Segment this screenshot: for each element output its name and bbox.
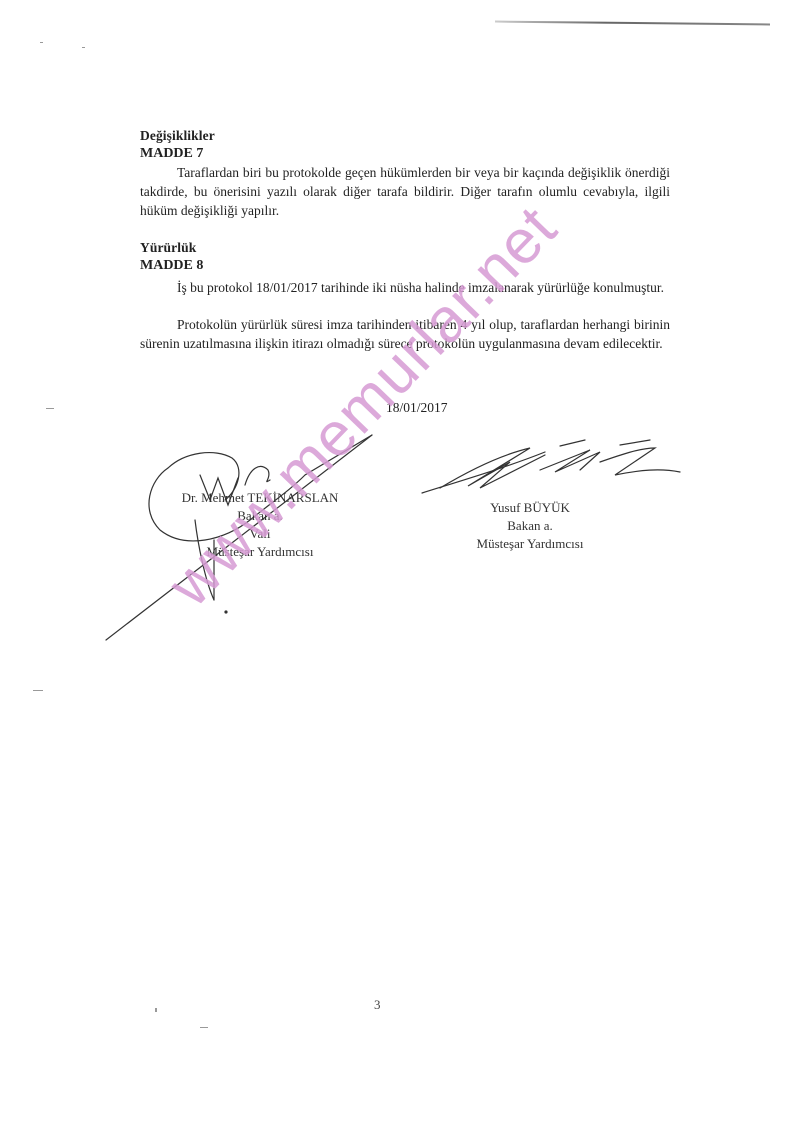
scan-speck xyxy=(46,408,54,409)
scan-speck xyxy=(200,1027,208,1028)
page-number: 3 xyxy=(374,997,381,1013)
article-7-paragraph: Taraflardan biri bu protokolde geçen hük… xyxy=(140,163,670,220)
article-7-title: MADDE 7 xyxy=(140,146,203,162)
scan-speck xyxy=(155,1008,157,1012)
signatory-right-line2: Bakan a. xyxy=(470,517,590,535)
scan-speck xyxy=(40,42,43,43)
article-8-paragraph-1: İş bu protokol 18/01/2017 tarihinde iki … xyxy=(140,278,670,297)
document-page: Değişiklikler MADDE 7 Taraflardan biri b… xyxy=(0,0,794,1123)
article-8-title: MADDE 8 xyxy=(140,258,203,274)
watermark: www.memurlar.net xyxy=(154,193,570,621)
signatory-right: Yusuf BÜYÜK Bakan a. Müsteşar Yardımcısı xyxy=(470,499,590,553)
scan-artifact-line xyxy=(495,21,770,26)
section-heading-validity: Yürürlük xyxy=(140,240,196,256)
scan-speck xyxy=(82,47,85,48)
signatory-right-line3: Müsteşar Yardımcısı xyxy=(470,535,590,553)
section-heading-changes: Değişiklikler xyxy=(140,128,215,144)
scan-speck xyxy=(33,690,43,691)
signatory-right-name: Yusuf BÜYÜK xyxy=(470,499,590,517)
